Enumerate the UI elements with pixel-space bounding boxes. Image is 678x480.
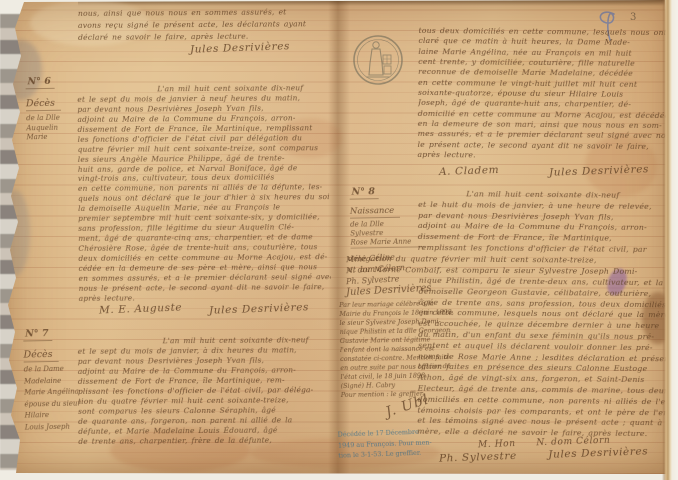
act-type: Naissance: [350, 206, 400, 219]
signature-row: A. Cladem Jules Desrivières: [418, 165, 670, 177]
handwritten-line: Marie Angélina: [24, 387, 81, 400]
act-8-closing-signatures: M. Hon N. dom Célorn Ph. Sylvestre Jules…: [418, 438, 670, 461]
act-8-body-part1: L'an mil huit cent soixante dix-neufet l…: [418, 189, 671, 256]
revenue-stamp-icon: [352, 33, 404, 87]
act-number: N° 6: [25, 76, 55, 90]
book-gutter: [328, 0, 350, 480]
handwritten-line: Madelaine: [24, 375, 81, 388]
handwritten-line: de la Dame: [24, 364, 81, 377]
witness-signature: M. E. Auguste: [99, 302, 183, 317]
folio-number: 3: [630, 12, 636, 23]
act-number: N° 7: [23, 328, 53, 342]
act-7-body: L'an mil huit cent soixante dix-neufet l…: [78, 335, 331, 447]
act-type: Décès: [23, 349, 58, 363]
signature-row: M. E. Auguste Jules Desrivières: [78, 303, 330, 315]
officer-signatures: Ph. Sylvestre Jules Desrivières: [439, 445, 649, 464]
act-person: de la DlleSylvestreRose Marie Anne: [350, 219, 424, 248]
margin-entry-6: N° 6 Décès de la DlleAuquelinMarie: [25, 76, 61, 143]
act-type: Décès: [26, 98, 61, 112]
handwritten-line: Louis Joseph: [25, 421, 82, 434]
handwritten-line: Rose Marie Anne: [350, 237, 424, 248]
act-person: de la DameMadelaineMarie Angélinaépouse …: [24, 364, 82, 435]
handwritten-line: Hilaire: [25, 410, 82, 423]
act-8-body-part2: nique Philistin, âgé de trente-deux ans,…: [417, 276, 671, 441]
handwritten-line: épouse du sieur: [24, 398, 81, 411]
officer-signature: Jules Desrivières: [549, 163, 649, 178]
signature-row: Jules Desrivières: [140, 42, 340, 54]
scanned-register-page: 3 nous, ainsi que nous nous en sommes as…: [0, 0, 678, 480]
act-6-body: L'an mil huit cent soixante dix-neufet l…: [77, 83, 331, 303]
margin-entry-8: N° 8 Naissance de la DlleSylvestreRose M…: [349, 185, 424, 248]
register-paper: 3 nous, ainsi que nous nous en sommes as…: [0, 0, 678, 480]
officer-signature: Jules Desrivières: [190, 40, 290, 55]
previous-act-ending: nous, ainsi que nous nous en sommes assu…: [78, 6, 330, 44]
page-stack-edge: [662, 0, 678, 480]
handwritten-line: après lecture.: [417, 150, 669, 163]
act-8-body-fullwidth: délégation du quatre février mil huit ce…: [348, 254, 670, 278]
act-number: N° 8: [349, 186, 379, 200]
handwritten-line: de trente ans, charpentier, frère de la …: [78, 435, 330, 447]
witness-signature: A. Cladem: [439, 164, 500, 178]
margin-entry-7: N° 7 Décès de la DameMadelaineMarie Angé…: [23, 328, 81, 435]
officer-signature: Jules Desrivières: [208, 301, 308, 316]
handwritten-line: Marie: [26, 133, 61, 143]
top-edge-shadow: [78, 0, 668, 6]
act-7-continuation: tous deux domiciliés en cette commune, l…: [417, 26, 670, 163]
act-person: de la DlleAuquelinMarie: [26, 114, 62, 143]
